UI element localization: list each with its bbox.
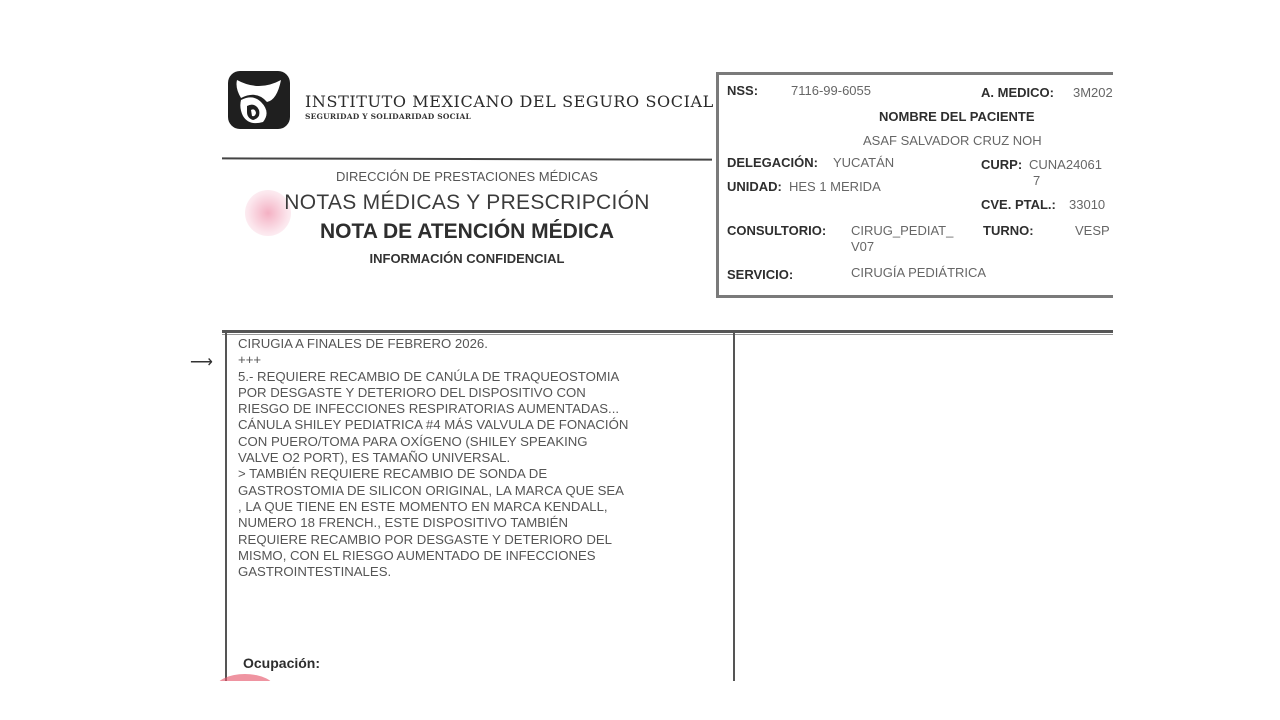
note-line: POR DESGASTE Y DETERIORO DEL DISPOSITIVO… — [238, 385, 728, 401]
cve-ptal-value: 33010 — [1069, 197, 1105, 212]
note-line: CON PUERO/TOMA PARA OXÍGENO (SHILEY SPEA… — [238, 434, 728, 450]
page-right-margin — [1113, 0, 1280, 720]
a-medico-value: 3M202 — [1073, 85, 1113, 100]
curp-value-cont: 7 — [1033, 173, 1040, 188]
consultorio-value: CIRUG_PEDIAT_ — [851, 223, 953, 238]
institution-motto: SEGURIDAD Y SOLIDARIDAD SOCIAL — [305, 112, 471, 121]
note-line: MISMO, CON EL RIESGO AUMENTADO DE INFECC… — [238, 548, 728, 564]
header-divider — [222, 157, 712, 160]
patient-name-value: ASAF SALVADOR CRUZ NOH — [863, 133, 1042, 148]
curp-value: CUNA24061 — [1029, 157, 1102, 172]
servicio-value: CIRUGÍA PEDIÁTRICA — [851, 265, 986, 280]
note-left-border — [225, 333, 227, 683]
occupation-label: Ocupación: — [243, 655, 320, 671]
note-column-divider — [733, 333, 735, 683]
note-line: GASTROINTESTINALES. — [238, 564, 728, 580]
document-subtitle: NOTA DE ATENCIÓN MÉDICA — [222, 220, 712, 244]
note-top-border — [222, 330, 1122, 333]
note-line: RIESGO DE INFECCIONES RESPIRATORIAS AUME… — [238, 401, 728, 417]
delegacion-label: DELEGACIÓN: — [727, 155, 818, 170]
nss-label: NSS: — [727, 83, 758, 98]
cve-ptal-label: CVE. PTAL.: — [981, 197, 1056, 212]
curp-label: CURP: — [981, 157, 1022, 172]
direction-heading: DIRECCIÓN DE PRESTACIONES MÉDICAS — [222, 169, 712, 184]
medical-note-page: INSTITUTO MEXICANO DEL SEGURO SOCIAL SEG… — [0, 0, 1280, 720]
nss-value: 7116-99-6055 — [791, 83, 871, 98]
patient-name-label: NOMBRE DEL PACIENTE — [879, 109, 1035, 124]
confidential-label: INFORMACIÓN CONFIDENCIAL — [222, 251, 712, 266]
page-cutoff — [0, 681, 1280, 720]
unidad-value: HES 1 MERIDA — [789, 179, 881, 194]
document-title: NOTAS MÉDICAS Y PRESCRIPCIÓN — [222, 191, 712, 215]
note-line: GASTROSTOMIA DE SILICON ORIGINAL, LA MAR… — [238, 483, 728, 499]
delegacion-value: YUCATÁN — [833, 155, 894, 170]
note-line: REQUIERE RECAMBIO POR DESGASTE Y DETERIO… — [238, 532, 728, 548]
consultorio-label: CONSULTORIO: — [727, 223, 826, 238]
arrow-right-icon: ⟶ — [190, 352, 213, 372]
institution-name: INSTITUTO MEXICANO DEL SEGURO SOCIAL — [305, 92, 714, 111]
note-line: CIRUGIA A FINALES DE FEBRERO 2026. — [238, 336, 728, 352]
note-line: CÁNULA SHILEY PEDIATRICA #4 MÁS VALVULA … — [238, 417, 728, 433]
turno-label: TURNO: — [983, 223, 1034, 238]
servicio-label: SERVICIO: — [727, 267, 793, 282]
note-body-text: CIRUGIA A FINALES DE FEBRERO 2026.+++5.-… — [238, 336, 728, 580]
note-top-border-inner — [222, 334, 1122, 335]
note-line: +++ — [238, 352, 728, 368]
note-line: , LA QUE TIENE EN ESTE MOMENTO EN MARCA … — [238, 499, 728, 515]
imss-logo-icon — [227, 70, 291, 130]
unidad-label: UNIDAD: — [727, 179, 782, 194]
note-line: NUMERO 18 FRENCH., ESTE DISPOSITIVO TAMB… — [238, 515, 728, 531]
turno-value: VESP — [1075, 223, 1110, 238]
note-line: VALVE O2 PORT), ES TAMAÑO UNIVERSAL. — [238, 450, 728, 466]
patient-info-box: NSS: 7116-99-6055 A. MEDICO: 3M202 NOMBR… — [716, 72, 1136, 298]
consultorio-value-cont: V07 — [851, 239, 874, 254]
note-line: 5.- REQUIERE RECAMBIO DE CANÚLA DE TRAQU… — [238, 369, 728, 385]
a-medico-label: A. MEDICO: — [981, 85, 1054, 100]
note-line: > TAMBIÉN REQUIERE RECAMBIO DE SONDA DE — [238, 466, 728, 482]
